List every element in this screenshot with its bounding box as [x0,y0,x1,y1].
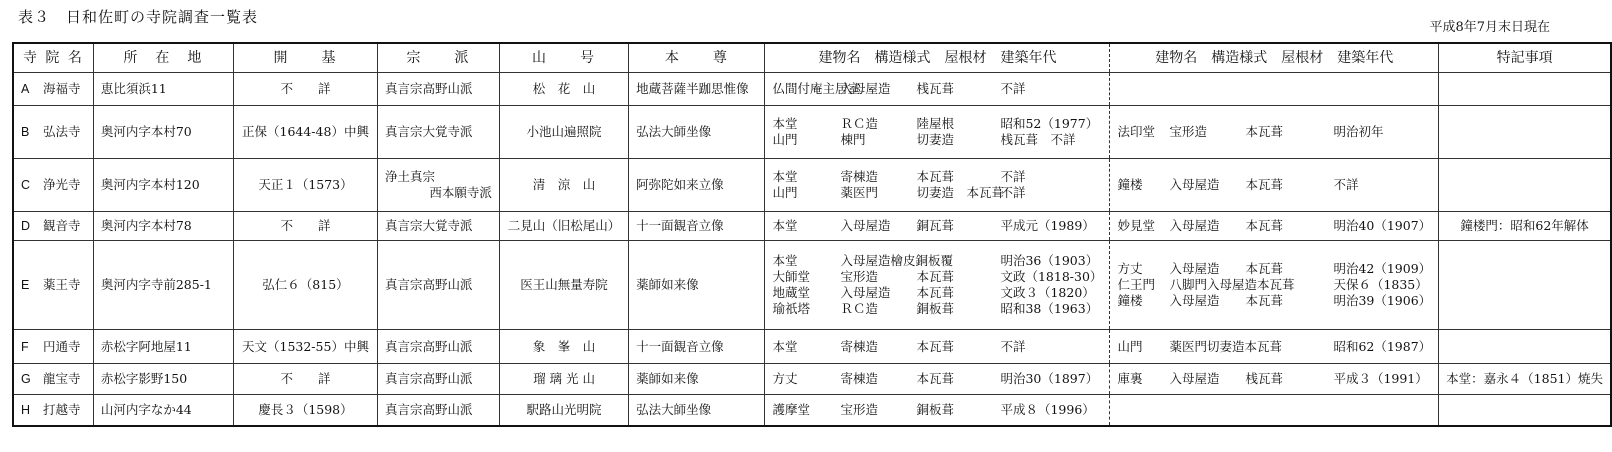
col-buildings-2: 建物名 構造様式 屋根材 建築年代 [1110,43,1439,73]
sect-cell: 浄土真宗西本願寺派 [378,159,500,212]
buildings-1-cell: 護摩堂宝形造銅板葺平成８（1996） [765,395,1110,427]
sect-cell: 真言宗高野山派 [378,364,500,395]
sect-line: 西本願寺派 [385,185,492,201]
building-structure: 入母屋造 [1169,371,1245,387]
temple-name-cell: C浄光寺 [13,159,93,212]
founding: 天文（1532-55）中興 [242,339,369,354]
principal-image-cell: 十一面観音立像 [629,330,765,364]
sect-line: 真言宗高野山派 [385,277,492,293]
temple-letter: A [21,81,43,97]
building-entry: 地蔵堂入母屋造本瓦葺文政３（1820） [772,285,1102,301]
building-structure: 八脚門入母屋造本瓦葺 [1169,277,1333,293]
sect-cell: 真言宗大覚寺派 [378,212,500,241]
building-entry: 本堂ＲＣ造陸屋根昭和52（1977） [772,116,1102,132]
mountain-name: 清 涼 山 [533,177,596,192]
sect-line: 真言宗高野山派 [385,402,492,418]
building-date: 文政（1818-30） [1000,269,1102,285]
founding: 不 詳 [280,218,330,233]
buildings-2-cell: 法印堂宝形造本瓦葺明治初年 [1110,106,1439,159]
temple-name-cell: G龍宝寺 [13,364,93,395]
building-name: 本堂 [772,169,840,185]
notes-cell: 本堂：嘉永４（1851）焼失 [1439,364,1611,395]
building-entry: 庫裏入母屋造桟瓦葺平成３（1991） [1117,371,1431,387]
mountain-name-cell: 駅路山光明院 [499,395,628,427]
building-structure: 入母屋造 [840,285,916,301]
sect-cell: 真言宗高野山派 [378,241,500,330]
table-row: B弘法寺奥河内字本村70正保（1644-48）中興真言宗大覚寺派小池山遍照院弘法… [13,106,1611,159]
building-date: 明治40（1907） [1333,218,1431,234]
buildings-2-cell: 方丈入母屋造本瓦葺明治42（1909）仁王門八脚門入母屋造本瓦葺天保６（1835… [1110,241,1439,330]
location: 赤松字阿地屋11 [101,339,192,354]
temple-letter: F [21,339,43,355]
building-name: 瑜祇塔 [772,301,840,317]
founding-cell: 天正１（1573） [233,159,377,212]
sect-line: 真言宗高野山派 [385,81,492,97]
building-entry: 山門薬医門切妻造 本瓦葺不詳 [772,185,1102,201]
building-roof: 本瓦葺 [1245,293,1333,309]
table-row: G龍宝寺赤松字影野150不 詳真言宗高野山派瑠 璃 光 山薬師如来像方丈寄棟造本… [13,364,1611,395]
building-roof: 桟瓦葺 [1245,371,1333,387]
building-structure: 入母屋造 [840,81,916,97]
mountain-name-cell: 象 峯 山 [499,330,628,364]
principal-image: 十一面観音立像 [636,339,724,354]
mountain-name-cell: 瑠 璃 光 山 [499,364,628,395]
location-cell: 赤松字影野150 [93,364,233,395]
col-principal-image: 本 尊 [629,43,765,73]
founding-cell: 慶長３（1598） [233,395,377,427]
building-name: 山門 [1117,339,1169,355]
building-roof: 本瓦葺 [916,285,1000,301]
mountain-name-cell: 医王山無量寿院 [499,241,628,330]
location: 奥河内字本村70 [101,124,192,139]
location-cell: 奥河内字本村78 [93,212,233,241]
location: 恵比須浜11 [101,81,167,96]
building-structure: 薬医門切妻造本瓦葺 [1169,339,1333,355]
table-caption: 表３ 日和佐町の寺院調査一覧表 [18,6,258,27]
col-buildings-1: 建物名 構造様式 屋根材 建築年代 [765,43,1110,73]
principal-image-cell: 薬師如来像 [629,241,765,330]
notes-cell [1439,241,1611,330]
temple-survey-table: 寺 院 名 所 在 地 開 基 宗 派 山 号 本 尊 建物名 構造様式 屋根材… [12,42,1612,427]
principal-image: 弘法大師坐像 [636,402,711,417]
table-row: C浄光寺奥河内字本村120天正１（1573）浄土真宗西本願寺派清 涼 山阿弥陀如… [13,159,1611,212]
notes-cell [1439,73,1611,106]
building-roof: 陸屋根 [916,116,1000,132]
building-name: 本堂 [772,339,840,355]
building-structure: 入母屋造 [1169,218,1245,234]
temple-name-cell: H打越寺 [13,395,93,427]
col-sect: 宗 派 [378,43,500,73]
location: 奥河内字本村78 [101,218,192,233]
building-structure: 宝形造 [840,269,916,285]
building-structure: 宝形造 [840,402,916,418]
sect-cell: 真言宗高野山派 [378,330,500,364]
buildings-2-cell [1110,395,1439,427]
location-cell: 恵比須浜11 [93,73,233,106]
buildings-1-cell: 本堂入母屋造檜皮銅板覆明治36（1903）大師堂宝形造本瓦葺文政（1818-30… [765,241,1110,330]
building-date: 桟瓦葺 不詳 [1000,132,1102,148]
col-location: 所 在 地 [93,43,233,73]
buildings-1-cell: 本堂ＲＣ造陸屋根昭和52（1977）山門棟門切妻造桟瓦葺 不詳 [765,106,1110,159]
founding: 慶長３（1598） [258,402,352,417]
notes-cell [1439,106,1611,159]
col-notes: 特記事項 [1439,43,1611,73]
mountain-name-cell: 松 花 山 [499,73,628,106]
principal-image: 薬師如来像 [636,371,699,386]
building-name: 方丈 [1117,261,1169,277]
building-date: 平成８（1996） [1000,402,1102,418]
temple-letter: B [21,124,43,140]
building-roof: 本瓦葺 [916,269,1000,285]
mountain-name-cell: 小池山遍照院 [499,106,628,159]
building-date: 平成３（1991） [1333,371,1431,387]
founding-cell: 弘仁６（815） [233,241,377,330]
building-name: 法印堂 [1117,124,1169,140]
building-structure: ＲＣ造 [840,301,916,317]
col-temple-name: 寺 院 名 [13,43,93,73]
sect-line: 真言宗高野山派 [385,339,492,355]
location: 山河内字なか44 [101,402,192,417]
table-row: F円通寺赤松字阿地屋11天文（1532-55）中興真言宗高野山派象 峯 山十一面… [13,330,1611,364]
mountain-name: 医王山無量寿院 [520,277,608,292]
principal-image-cell: 弘法大師坐像 [629,106,765,159]
table-row: H打越寺山河内字なか44慶長３（1598）真言宗高野山派駅路山光明院弘法大師坐像… [13,395,1611,427]
principal-image-cell: 地蔵菩薩半跏思惟像 [629,73,765,106]
founding-cell: 天文（1532-55）中興 [233,330,377,364]
buildings-2-cell [1110,73,1439,106]
building-roof: 本瓦葺 [916,371,1000,387]
building-name: 方丈 [772,371,840,387]
principal-image-cell: 弘法大師坐像 [629,395,765,427]
col-founding: 開 基 [233,43,377,73]
building-structure: 棟門 [840,132,916,148]
founding-cell: 不 詳 [233,212,377,241]
building-name: 山門 [772,132,840,148]
sect-line: 浄土真宗 [385,169,492,185]
building-roof: 本瓦葺 [916,169,1000,185]
mountain-name-cell: 二見山（旧松尾山） [499,212,628,241]
principal-image: 十一面観音立像 [636,218,724,233]
buildings-2-cell: 庫裏入母屋造桟瓦葺平成３（1991） [1110,364,1439,395]
building-name: 庫裏 [1117,371,1169,387]
building-roof: 銅板葺 [916,301,1000,317]
temple-name-cell: F円通寺 [13,330,93,364]
buildings-1-cell: 方丈寄棟造本瓦葺明治30（1897） [765,364,1110,395]
building-entry: 法印堂宝形造本瓦葺明治初年 [1117,124,1431,140]
building-entry: 大師堂宝形造本瓦葺文政（1818-30） [772,269,1102,285]
building-entry: 妙見堂入母屋造本瓦葺明治40（1907） [1117,218,1431,234]
founding: 不 詳 [280,81,330,96]
building-date: 昭和62（1987） [1333,339,1431,355]
location: 奥河内字寺前285-1 [101,277,212,292]
building-entry: 鐘楼入母屋造本瓦葺不詳 [1117,177,1431,193]
building-name: 仁王門 [1117,277,1169,293]
building-roof: 切妻造 [916,132,1000,148]
building-roof: 桟瓦葺 [916,81,1000,97]
building-entry: 方丈入母屋造本瓦葺明治42（1909） [1117,261,1431,277]
building-date: 天保６（1835） [1333,277,1431,293]
mountain-name: 二見山（旧松尾山） [508,218,621,233]
building-date: 文政３（1820） [1000,285,1102,301]
location-cell: 奥河内字本村120 [93,159,233,212]
founding: 不 詳 [280,371,330,386]
building-name: 鐘楼 [1117,293,1169,309]
temple-letter: G [21,371,43,387]
building-structure: ＲＣ造 [840,116,916,132]
sect-line: 真言宗大覚寺派 [385,124,492,140]
building-date: 不詳 [1000,81,1102,97]
building-date: 不詳 [1000,169,1102,185]
temple-name: 薬王寺 [43,277,81,292]
building-entry: 仁王門八脚門入母屋造本瓦葺天保６（1835） [1117,277,1431,293]
location-cell: 奥河内字寺前285-1 [93,241,233,330]
building-roof: 本瓦葺 [1245,218,1333,234]
building-roof: 切妻造 本瓦葺 [916,185,1000,201]
as-of-date: 平成8年7月末日現在 [1429,16,1550,35]
temple-name: 浄光寺 [43,177,81,192]
buildings-2-cell: 鐘楼入母屋造本瓦葺不詳 [1110,159,1439,212]
founding: 天正１（1573） [258,177,352,192]
building-name: 仏間付庵主居室 [772,81,840,97]
sect-cell: 真言宗高野山派 [378,73,500,106]
building-date: 不詳 [1000,185,1102,201]
principal-image-cell: 阿弥陀如来立像 [629,159,765,212]
buildings-2-cell: 妙見堂入母屋造本瓦葺明治40（1907） [1110,212,1439,241]
building-entry: 仏間付庵主居室入母屋造桟瓦葺不詳 [772,81,1102,97]
building-entry: 護摩堂宝形造銅板葺平成８（1996） [772,402,1102,418]
building-entry: 本堂寄棟造本瓦葺不詳 [772,169,1102,185]
building-structure: 入母屋造 [1169,177,1245,193]
principal-image: 弘法大師坐像 [636,124,711,139]
table-row: E薬王寺奥河内字寺前285-1弘仁６（815）真言宗高野山派医王山無量寿院薬師如… [13,241,1611,330]
building-roof: 銅板葺 [916,402,1000,418]
buildings-1-cell: 本堂寄棟造本瓦葺不詳山門薬医門切妻造 本瓦葺不詳 [765,159,1110,212]
mountain-name-cell: 清 涼 山 [499,159,628,212]
mountain-name: 松 花 山 [533,81,596,96]
building-date: 明治36（1903） [1000,253,1102,269]
notes-cell [1439,330,1611,364]
building-roof: 本瓦葺 [916,339,1000,355]
building-name: 山門 [772,185,840,201]
founding-cell: 不 詳 [233,364,377,395]
building-name: 妙見堂 [1117,218,1169,234]
temple-name-cell: D観音寺 [13,212,93,241]
temple-name-cell: E薬王寺 [13,241,93,330]
sect-line: 真言宗大覚寺派 [385,218,492,234]
building-structure: 薬医門 [840,185,916,201]
building-name: 本堂 [772,116,840,132]
principal-image: 地蔵菩薩半跏思惟像 [636,81,749,96]
sect-cell: 真言宗大覚寺派 [378,106,500,159]
building-entry: 瑜祇塔ＲＣ造銅板葺昭和38（1963） [772,301,1102,317]
building-roof: 本瓦葺 [1245,124,1333,140]
building-date: 平成元（1989） [1000,218,1102,234]
building-structure: 入母屋造 [1169,293,1245,309]
sect-cell: 真言宗高野山派 [378,395,500,427]
building-date: 明治39（1906） [1333,293,1431,309]
buildings-2-cell: 山門薬医門切妻造本瓦葺昭和62（1987） [1110,330,1439,364]
founding-cell: 正保（1644-48）中興 [233,106,377,159]
mountain-name: 瑠 璃 光 山 [533,371,595,386]
building-entry: 本堂寄棟造本瓦葺不詳 [772,339,1102,355]
buildings-1-cell: 本堂入母屋造銅瓦葺平成元（1989） [765,212,1110,241]
building-name: 大師堂 [772,269,840,285]
building-structure: 入母屋造 [1169,261,1245,277]
location: 奥河内字本村120 [101,177,200,192]
building-name: 護摩堂 [772,402,840,418]
notes: 本堂：嘉永４（1851）焼失 [1446,371,1603,386]
building-entry: 方丈寄棟造本瓦葺明治30（1897） [772,371,1102,387]
building-date: 明治初年 [1333,124,1431,140]
mountain-name: 駅路山光明院 [527,402,602,417]
building-entry: 本堂入母屋造檜皮銅板覆明治36（1903） [772,253,1102,269]
principal-image: 阿弥陀如来立像 [636,177,724,192]
temple-name: 打越寺 [43,402,81,417]
buildings-1-cell: 本堂寄棟造本瓦葺不詳 [765,330,1110,364]
building-date: 不詳 [1000,339,1102,355]
table-row: A海福寺恵比須浜11不 詳真言宗高野山派松 花 山地蔵菩薩半跏思惟像仏間付庵主居… [13,73,1611,106]
temple-letter: D [21,218,43,234]
temple-name: 観音寺 [43,218,81,233]
building-structure: 宝形造 [1169,124,1245,140]
founding: 弘仁６（815） [262,277,348,292]
temple-name: 弘法寺 [43,124,81,139]
building-name: 本堂 [772,253,840,269]
header-row: 寺 院 名 所 在 地 開 基 宗 派 山 号 本 尊 建物名 構造様式 屋根材… [13,43,1611,73]
buildings-1-cell: 仏間付庵主居室入母屋造桟瓦葺不詳 [765,73,1110,106]
building-entry: 本堂入母屋造銅瓦葺平成元（1989） [772,218,1102,234]
mountain-name: 象 峯 山 [533,339,596,354]
col-mountain-name: 山 号 [499,43,628,73]
temple-name-cell: A海福寺 [13,73,93,106]
sect-line: 真言宗高野山派 [385,371,492,387]
building-structure: 寄棟造 [840,339,916,355]
location-cell: 奥河内字本村70 [93,106,233,159]
building-structure: 入母屋造檜皮銅板覆 [840,253,1000,269]
location-cell: 赤松字阿地屋11 [93,330,233,364]
temple-name-cell: B弘法寺 [13,106,93,159]
temple-name: 円通寺 [43,339,81,354]
building-structure: 寄棟造 [840,169,916,185]
notes-cell [1439,159,1611,212]
temple-name: 龍宝寺 [43,371,81,386]
building-name: 本堂 [772,218,840,234]
building-name: 鐘楼 [1117,177,1169,193]
building-entry: 鐘楼入母屋造本瓦葺明治39（1906） [1117,293,1431,309]
building-name: 地蔵堂 [772,285,840,301]
building-date: 明治30（1897） [1000,371,1102,387]
building-date: 明治42（1909） [1333,261,1431,277]
building-roof: 本瓦葺 [1245,177,1333,193]
temple-name: 海福寺 [43,81,81,96]
notes-cell [1439,395,1611,427]
temple-letter: C [21,177,43,193]
table-row: D観音寺奥河内字本村78不 詳真言宗大覚寺派二見山（旧松尾山）十一面観音立像本堂… [13,212,1611,241]
founding: 正保（1644-48）中興 [242,124,369,139]
notes: 鐘楼門：昭和62年解体 [1460,218,1588,233]
building-roof: 本瓦葺 [1245,261,1333,277]
principal-image-cell: 十一面観音立像 [629,212,765,241]
building-structure: 入母屋造 [840,218,916,234]
building-date: 昭和38（1963） [1000,301,1102,317]
notes-cell: 鐘楼門：昭和62年解体 [1439,212,1611,241]
temple-letter: H [21,402,43,418]
principal-image: 薬師如来像 [636,277,699,292]
location: 赤松字影野150 [101,371,187,386]
mountain-name: 小池山遍照院 [527,124,602,139]
building-entry: 山門棟門切妻造桟瓦葺 不詳 [772,132,1102,148]
building-structure: 寄棟造 [840,371,916,387]
principal-image-cell: 薬師如来像 [629,364,765,395]
founding-cell: 不 詳 [233,73,377,106]
building-date: 不詳 [1333,177,1431,193]
building-date: 昭和52（1977） [1000,116,1102,132]
temple-letter: E [21,277,43,293]
building-roof: 銅瓦葺 [916,218,1000,234]
location-cell: 山河内字なか44 [93,395,233,427]
building-entry: 山門薬医門切妻造本瓦葺昭和62（1987） [1117,339,1431,355]
